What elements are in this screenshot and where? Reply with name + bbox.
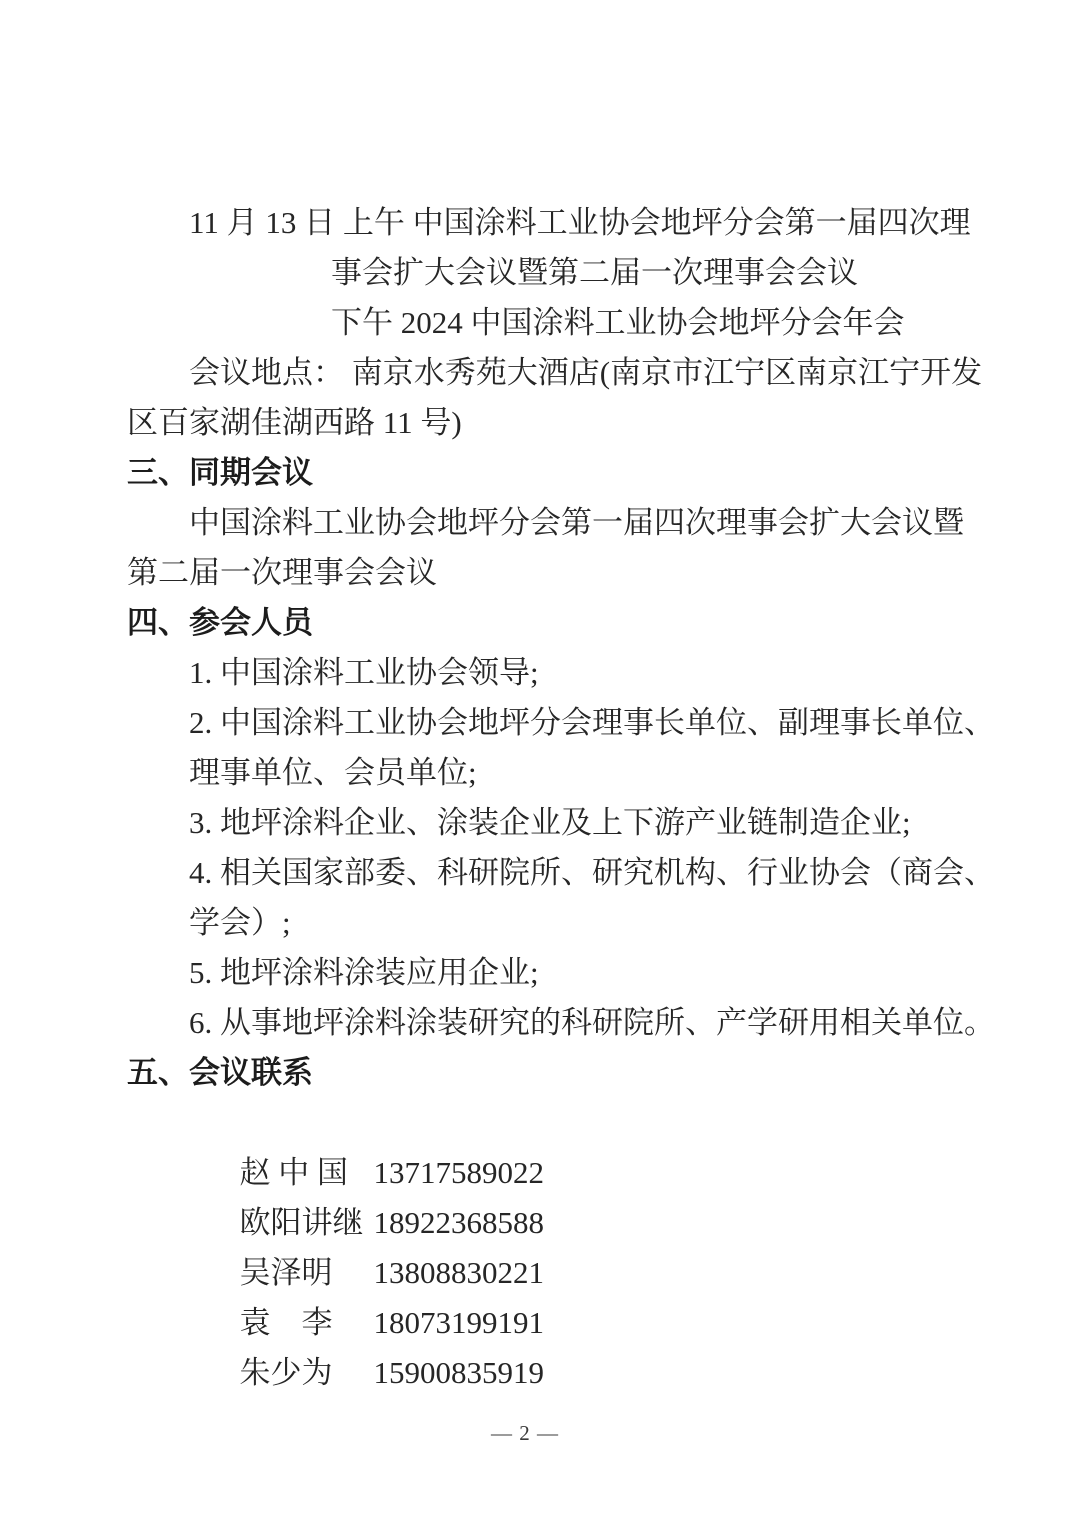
contact-name: 袁 李 [240,1298,374,1348]
line-concurrent-meeting-1: 中国涂料工业协会地坪分会第一届四次理事会扩大会议暨 [0,498,1080,548]
line-participant-item-4b: 学会）; [0,898,1080,948]
line-participant-item-3: 3. 地坪涂料企业、涂装企业及上下游产业链制造企业; [0,798,1080,848]
line-meeting-time-1: 11 月 13 日 上午 中国涂料工业协会地坪分会第一届四次理 [0,198,1080,248]
heading-section-4-participants: 四、参会人员 [0,598,1080,648]
line-meeting-time-3: 下午 2024 中国涂料工业协会地坪分会年会 [0,298,1080,348]
heading-section-5-contacts: 五、会议联系 [0,1048,1080,1098]
contact-name: 吴泽明 [240,1248,374,1298]
contact-name: 朱少为 [240,1348,374,1398]
document-page: 11 月 13 日 上午 中国涂料工业协会地坪分会第一届四次理 事会扩大会议暨第… [0,0,1080,1527]
line-participant-item-2a: 2. 中国涂料工业协会地坪分会理事长单位、副理事长单位、 [0,698,1080,748]
line-meeting-venue-2: 区百家湖佳湖西路 11 号) [0,398,1080,448]
line-participant-item-2b: 理事单位、会员单位; [0,748,1080,798]
line-meeting-time-2: 事会扩大会议暨第二届一次理事会会议 [0,248,1080,298]
contact-phone: 15900835919 [374,1348,545,1398]
heading-section-3-concurrent-meetings: 三、同期会议 [0,448,1080,498]
line-participant-item-1: 1. 中国涂料工业协会领导; [0,648,1080,698]
line-participant-item-5: 5. 地坪涂料涂装应用企业; [0,948,1080,998]
contact-name: 赵 中 国 [240,1148,374,1198]
line-meeting-venue-1: 会议地点： 南京水秀苑大酒店(南京市江宁区南京江宁开发 [0,348,1080,398]
contact-phone: 18922368588 [374,1198,545,1248]
line-participant-item-4a: 4. 相关国家部委、科研院所、研究机构、行业协会（商会、 [0,848,1080,898]
contact-name: 欧阳讲继 [240,1198,374,1248]
page-number: — 2 — [0,1421,1050,1446]
contact-phone: 18073199191 [374,1298,545,1348]
document-body: 11 月 13 日 上午 中国涂料工业协会地坪分会第一届四次理 事会扩大会议暨第… [0,198,1080,1348]
contact-phone: 13717589022 [374,1148,545,1198]
line-participant-item-6: 6. 从事地坪涂料涂装研究的科研院所、产学研用相关单位。 [0,998,1080,1048]
line-concurrent-meeting-2: 第二届一次理事会会议 [0,548,1080,598]
contact-row: 赵 中 国13717589022 [0,1098,1080,1148]
contact-phone: 13808830221 [374,1248,545,1298]
